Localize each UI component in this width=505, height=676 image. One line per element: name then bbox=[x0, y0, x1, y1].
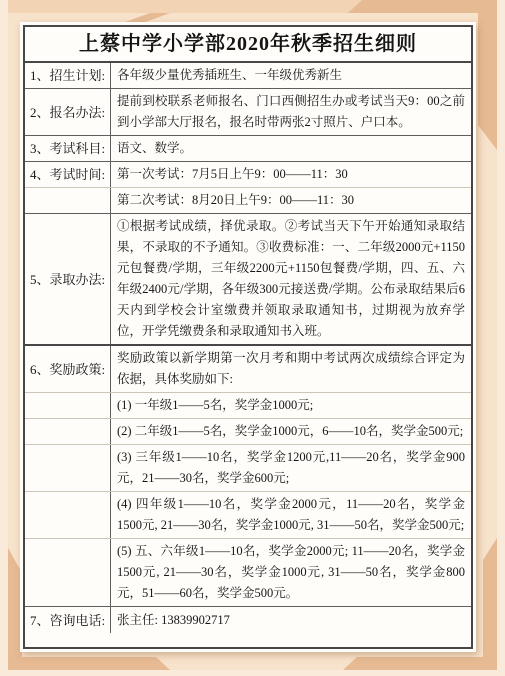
row-label: 7、咨询电话: bbox=[25, 607, 111, 633]
row-reward-policy: 6、奖励政策: 奖励政策以新学期第一次月考和期中考试两次成绩综合评定为依据，具体… bbox=[25, 344, 471, 392]
row-reward-grade3: (3) 三年级1——10名，奖学金1200元,11——20名，奖学金900元，2… bbox=[25, 444, 471, 491]
row-value: 第一次考试：7月5日上午9：00——11：30 bbox=[111, 162, 471, 187]
row-reward-grade1: (1) 一年级1——5名，奖学金1000元; bbox=[25, 392, 471, 418]
row-value: 语文、数学。 bbox=[111, 136, 471, 161]
screenshot-root: { "doc": { "title": "上蔡中学小学部2020年秋季招生细则"… bbox=[0, 0, 505, 676]
row-admission-method: 5、录取办法: ①根据考试成绩，择优录取。②考试当天下午开始通知录取结果，不录取… bbox=[25, 213, 471, 344]
row-label-empty bbox=[25, 188, 111, 213]
row-exam-time-first: 4、考试时间: 第一次考试：7月5日上午9：00——11：30 bbox=[25, 161, 471, 187]
corner-fold-bottom-left-bottom bbox=[8, 657, 170, 670]
corner-fold-top-right-top bbox=[348, 0, 497, 13]
row-label-empty bbox=[25, 419, 111, 444]
corner-fold-top-right-side bbox=[478, 0, 497, 150]
row-label-empty bbox=[25, 393, 111, 418]
notice-paper: 上蔡中学小学部2020年秋季招生细则 1、招生计划: 各年级少量优秀插班生、一年… bbox=[20, 22, 476, 652]
row-value: (4) 四年级1——10名，奖学金2000元，11——20名，奖学金1500元,… bbox=[111, 492, 471, 538]
row-value: 各年级少量优秀插班生、一年级优秀新生 bbox=[111, 63, 471, 88]
corner-fold-bottom-right-side bbox=[483, 538, 497, 670]
row-label-empty bbox=[25, 492, 111, 538]
row-enrollment-plan: 1、招生计划: 各年级少量优秀插班生、一年级优秀新生 bbox=[25, 61, 471, 88]
row-reward-grade5-6: (5) 五、六年级1——10名，奖学金2000元; 11——20名，奖学金150… bbox=[25, 538, 471, 606]
row-exam-subjects: 3、考试科目: 语文、数学。 bbox=[25, 135, 471, 161]
row-value: 第二次考试：8月20日上午9：00——11：30 bbox=[111, 188, 471, 213]
enrollment-table: 上蔡中学小学部2020年秋季招生细则 1、招生计划: 各年级少量优秀插班生、一年… bbox=[23, 25, 473, 649]
row-reward-grade2: (2) 二年级1——5名，奖学金1000元，6——10名，奖学金500元; bbox=[25, 418, 471, 444]
row-label: 1、招生计划: bbox=[25, 63, 111, 88]
row-label: 6、奖励政策: bbox=[25, 346, 111, 392]
row-label: 3、考试科目: bbox=[25, 136, 111, 161]
row-value: (5) 五、六年级1——10名，奖学金2000元; 11——20名，奖学金150… bbox=[111, 539, 471, 606]
row-label: 5、录取办法: bbox=[25, 214, 111, 344]
corner-fold-bottom-right-bottom bbox=[343, 657, 497, 670]
row-contact-phone: 7、咨询电话: 张主任: 13839902717 bbox=[25, 606, 471, 633]
table-title-row: 上蔡中学小学部2020年秋季招生细则 bbox=[25, 27, 471, 61]
row-exam-time-second: 第二次考试：8月20日上午9：00——11：30 bbox=[25, 187, 471, 213]
row-value: (2) 二年级1——5名，奖学金1000元，6——10名，奖学金500元; bbox=[111, 419, 471, 444]
row-label: 2、报名办法: bbox=[25, 89, 111, 135]
row-signup-method: 2、报名办法: 提前到校联系老师报名、门口西侧招生办或考试当天9：00之前到小学… bbox=[25, 88, 471, 135]
row-value: 奖励政策以新学期第一次月考和期中考试两次成绩综合评定为依据，具体奖励如下: bbox=[111, 346, 471, 392]
row-reward-grade4: (4) 四年级1——10名，奖学金2000元，11——20名，奖学金1500元,… bbox=[25, 491, 471, 538]
row-value: ①根据考试成绩，择优录取。②考试当天下午开始通知录取结果，不录取的不予通知。③收… bbox=[111, 214, 471, 344]
row-value: (1) 一年级1——5名，奖学金1000元; bbox=[111, 393, 471, 418]
row-value: (3) 三年级1——10名，奖学金1200元,11——20名，奖学金900元，2… bbox=[111, 445, 471, 491]
row-value: 提前到校联系老师报名、门口西侧招生办或考试当天9：00之前到小学部大厅报名，报名… bbox=[111, 89, 471, 135]
page-title: 上蔡中学小学部2020年秋季招生细则 bbox=[25, 28, 471, 60]
row-label: 4、考试时间: bbox=[25, 162, 111, 187]
row-label-empty bbox=[25, 445, 111, 491]
row-value: 张主任: 13839902717 bbox=[111, 607, 471, 633]
row-label-empty bbox=[25, 539, 111, 606]
